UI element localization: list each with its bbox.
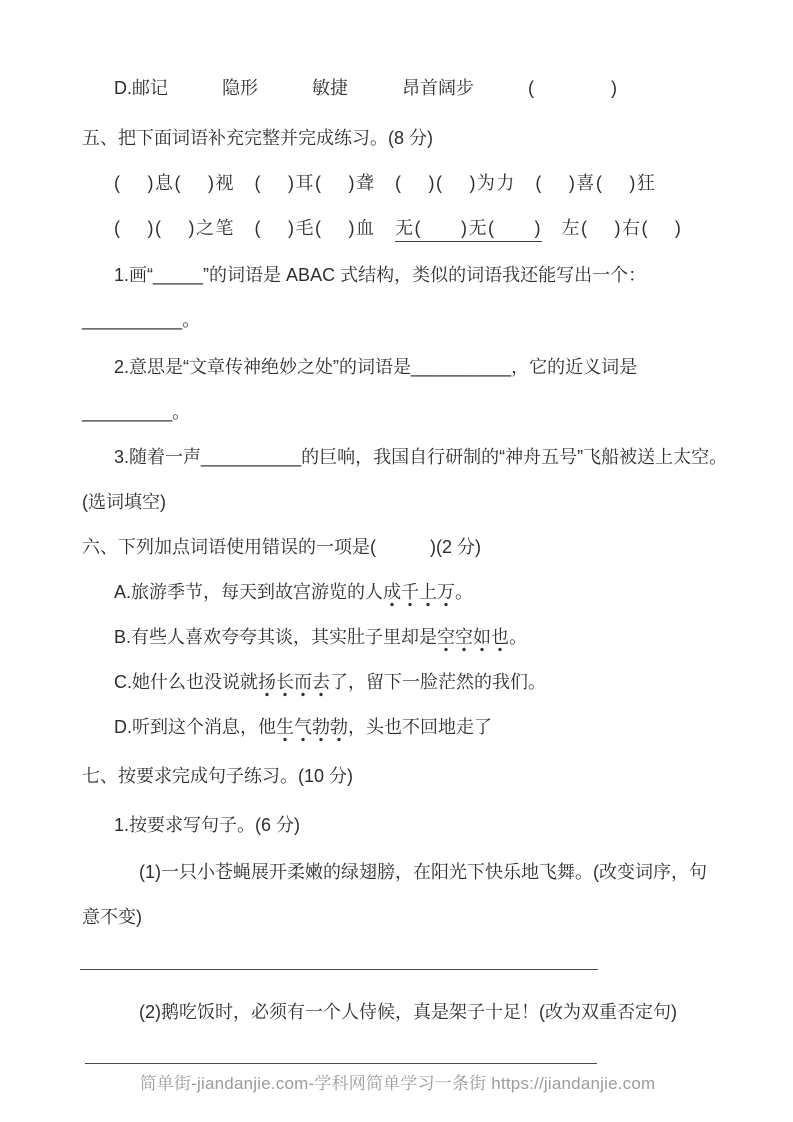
question6-option-c: C.她什么也没说就扬长而去了，留下一脸茫然的我们。 — [82, 660, 713, 705]
question5-sub3-text: 3.随着一声__________的巨响，我国自行研制的“神舟五号”飞船被送上太空… — [82, 435, 713, 480]
idiom-fill-row-2: ( )( )之笔 ( )毛( )血 无( )无( ) 左( )右( ) — [82, 206, 713, 251]
idiom-row2-suffix: 左( )右( ) — [542, 218, 682, 238]
exam-page: D.邮记 隐形 敏捷 昂首阔步 ( ) 五、把下面词语补充完整并完成练习。(8 … — [0, 0, 793, 1122]
question6-option-d: D.听到这个消息，他生气勃勃，头也不回地走了 — [82, 705, 713, 750]
question6-option-b: B.有些人喜欢夸夸其谈，其实肚子里却是空空如也。 — [82, 615, 713, 660]
idiom-fill-row-1: ( )息( )视 ( )耳( )聋 ( )( )为力 ( )喜( )狂 — [82, 161, 713, 206]
answer-rule — [85, 1063, 597, 1064]
option-c-suffix: 了，留下一脸茫然的我们。 — [330, 672, 546, 692]
question5-sub1-answer-blank: __________。 — [82, 298, 713, 343]
question6-option-a: A.旅游季节，每天到故宫游览的人成千上万。 — [82, 570, 713, 615]
question7-item2-text: (2)鹅吃饭时，必须有一个人侍候，真是架子十足！(改为双重否定句) — [82, 990, 713, 1035]
answer-blank-line-2 — [82, 1035, 713, 1080]
option-d-emphasized-word: 生气勃勃 — [276, 717, 348, 742]
question5-sub1-text: 1.画“_____”的词语是 ABAC 式结构，类似的词语我还能写出一个： — [82, 253, 713, 298]
question5-sub2-text: 2.意思是“文章传神绝妙之处”的词语是__________，它的近义词是 — [82, 345, 713, 390]
question4-option-d: D.邮记 隐形 敏捷 昂首阔步 ( ) — [82, 66, 713, 111]
option-c-emphasized-word: 扬长而去 — [258, 672, 330, 697]
question7-heading: 七、按要求完成句子练习。(10 分) — [82, 754, 713, 799]
option-a-text: A.旅游季节，每天到故宫游览的人 — [114, 582, 383, 602]
option-c-text: C.她什么也没说就 — [114, 672, 258, 692]
question5-sub2-answer-blank: _________。 — [82, 390, 713, 435]
option-a-emphasized-word: 成千上万 — [383, 582, 455, 607]
option-b-emphasized-word: 空空如也 — [437, 627, 509, 652]
option-b-suffix: 。 — [509, 627, 527, 647]
question6-heading: 六、下列加点词语使用错误的一项是( )(2 分) — [82, 525, 713, 570]
idiom-row2-prefix: ( )( )之笔 ( )毛( )血 — [114, 218, 395, 238]
option-d-suffix: ，头也不回地走了 — [348, 717, 492, 737]
answer-blank-line-1 — [82, 940, 713, 985]
exam-document-body: D.邮记 隐形 敏捷 昂首阔步 ( ) 五、把下面词语补充完整并完成练习。(8 … — [82, 66, 713, 1096]
idiom-row2-underlined-blank: 无( )无( ) — [395, 218, 542, 242]
question7-sub1-heading: 1.按要求写句子。(6 分) — [82, 803, 713, 848]
option-a-suffix: 。 — [455, 582, 473, 602]
option-b-text: B.有些人喜欢夸夸其谈，其实肚子里却是 — [114, 627, 437, 647]
option-d-text: D.听到这个消息，他 — [114, 717, 276, 737]
question7-item1-text-line2: 意不变) — [82, 895, 713, 940]
answer-rule — [80, 969, 598, 970]
question5-note: (选词填空) — [82, 480, 713, 525]
question7-item1-text-line1: (1)一只小苍蝇展开柔嫩的绿翅膀，在阳光下快乐地飞舞。(改变词序，句 — [82, 850, 713, 895]
question5-heading: 五、把下面词语补充完整并完成练习。(8 分) — [82, 116, 713, 161]
